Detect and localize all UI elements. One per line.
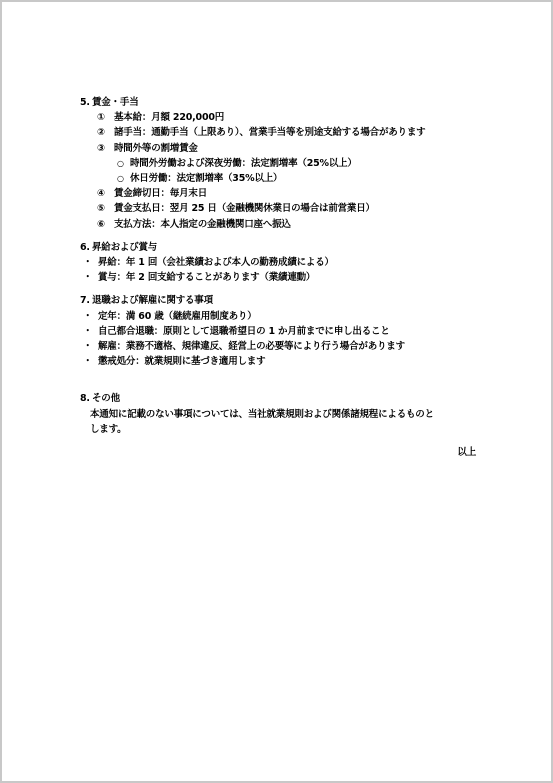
- section-number: 8.: [80, 391, 92, 406]
- list-item: ⑤ 賃金支払日：翌月 25 日（金融機関休業日の場合は前営業日）: [80, 201, 480, 216]
- section-raises-bonuses: 6. 昇給および賞与 ・ 昇給：年 1 回（会社業績および本人の勤務成績による）…: [80, 240, 480, 286]
- circle-bullet-icon: ○: [117, 171, 130, 186]
- section-title: 昇給および賞与: [92, 240, 157, 255]
- section-number: 5.: [80, 95, 92, 110]
- sub-list-item: ○ 休日労働：法定割増率（35%以上）: [80, 171, 480, 186]
- section-heading: 5. 賃金・手当: [80, 95, 480, 110]
- circle-bullet-icon: ○: [117, 156, 130, 171]
- bullet-text: 懲戒処分：就業規則に基づき適用します: [98, 354, 265, 369]
- item-text: 賃金支払日：翌月 25 日（金融機関休業日の場合は前営業日）: [114, 201, 375, 216]
- section-wages: 5. 賃金・手当 ① 基本給：月額 220,000円 ② 諸手当：通勤手当（上限…: [80, 95, 480, 232]
- bullet-text: 昇給：年 1 回（会社業績および本人の勤務成績による）: [98, 255, 334, 270]
- item-marker: ③: [97, 141, 114, 156]
- bullet-item: ・ 定年：満 60 歳（継続雇用制度あり）: [80, 309, 480, 324]
- section-number: 6.: [80, 240, 92, 255]
- section-other: 8. その他 本通知に記載のない事項については、当社就業規則および関係諸規程によ…: [80, 391, 480, 436]
- section-title: 退職および解雇に関する事項: [92, 293, 213, 308]
- item-marker: ⑤: [97, 201, 114, 216]
- section-paragraph: 本通知に記載のない事項については、当社就業規則および関係諸規程によるものと しま…: [80, 407, 480, 437]
- item-text: 支払方法：本人指定の金融機関口座へ振込: [114, 217, 291, 232]
- item-text: 基本給：月額 220,000円: [114, 110, 224, 125]
- document-body: 5. 賃金・手当 ① 基本給：月額 220,000円 ② 諸手当：通勤手当（上限…: [80, 95, 480, 445]
- item-text: 時間外等の割増賃金: [114, 141, 198, 156]
- sub-item-text: 休日労働：法定割増率（35%以上）: [130, 171, 282, 186]
- paragraph-line: 本通知に記載のない事項については、当社就業規則および関係諸規程によるものと: [90, 407, 480, 422]
- list-item: ① 基本給：月額 220,000円: [80, 110, 480, 125]
- list-item: ② 諸手当：通勤手当（上限あり）、営業手当等を別途支給する場合があります: [80, 125, 480, 140]
- item-marker: ②: [97, 125, 114, 140]
- bullet-item: ・ 賞与：年 2 回支給することがあります（業績連動）: [80, 270, 480, 285]
- sub-list-item: ○ 時間外労働および深夜労働：法定割増率（25%以上）: [80, 156, 480, 171]
- bullet-item: ・ 懲戒処分：就業規則に基づき適用します: [80, 354, 480, 369]
- dot-bullet-icon: ・: [83, 324, 98, 339]
- sub-item-text: 時間外労働および深夜労働：法定割増率（25%以上）: [130, 156, 357, 171]
- item-text: 賃金締切日：毎月末日: [114, 186, 207, 201]
- bullet-text: 賞与：年 2 回支給することがあります（業績連動）: [98, 270, 315, 285]
- bullet-text: 自己都合退職：原則として退職希望日の 1 か月前までに申し出ること: [98, 324, 390, 339]
- bullet-item: ・ 昇給：年 1 回（会社業績および本人の勤務成績による）: [80, 255, 480, 270]
- item-marker: ④: [97, 186, 114, 201]
- dot-bullet-icon: ・: [83, 354, 98, 369]
- section-title: 賃金・手当: [92, 95, 139, 110]
- section-title: その他: [92, 391, 120, 406]
- item-text: 諸手当：通勤手当（上限あり）、営業手当等を別途支給する場合があります: [114, 125, 425, 140]
- section-number: 7.: [80, 293, 92, 308]
- bullet-item: ・ 解雇：業務不適格、規律違反、経営上の必要等により行う場合があります: [80, 339, 480, 354]
- item-marker: ⑥: [97, 217, 114, 232]
- item-marker: ①: [97, 110, 114, 125]
- closing-remark: 以上: [80, 445, 476, 460]
- paragraph-line: します。: [90, 422, 480, 437]
- section-heading: 8. その他: [80, 391, 480, 406]
- list-item: ⑥ 支払方法：本人指定の金融機関口座へ振込: [80, 217, 480, 232]
- section-retirement-dismissal: 7. 退職および解雇に関する事項 ・ 定年：満 60 歳（継続雇用制度あり） ・…: [80, 293, 480, 369]
- bullet-item: ・ 自己都合退職：原則として退職希望日の 1 か月前までに申し出ること: [80, 324, 480, 339]
- dot-bullet-icon: ・: [83, 339, 98, 354]
- bullet-text: 解雇：業務不適格、規律違反、経営上の必要等により行う場合があります: [98, 339, 405, 354]
- section-heading: 7. 退職および解雇に関する事項: [80, 293, 480, 308]
- dot-bullet-icon: ・: [83, 309, 98, 324]
- bullet-text: 定年：満 60 歳（継続雇用制度あり）: [98, 309, 257, 324]
- list-item: ④ 賃金締切日：毎月末日: [80, 186, 480, 201]
- list-item: ③ 時間外等の割増賃金: [80, 141, 480, 156]
- document-page: 5. 賃金・手当 ① 基本給：月額 220,000円 ② 諸手当：通勤手当（上限…: [0, 0, 553, 783]
- section-heading: 6. 昇給および賞与: [80, 240, 480, 255]
- dot-bullet-icon: ・: [83, 270, 98, 285]
- dot-bullet-icon: ・: [83, 255, 98, 270]
